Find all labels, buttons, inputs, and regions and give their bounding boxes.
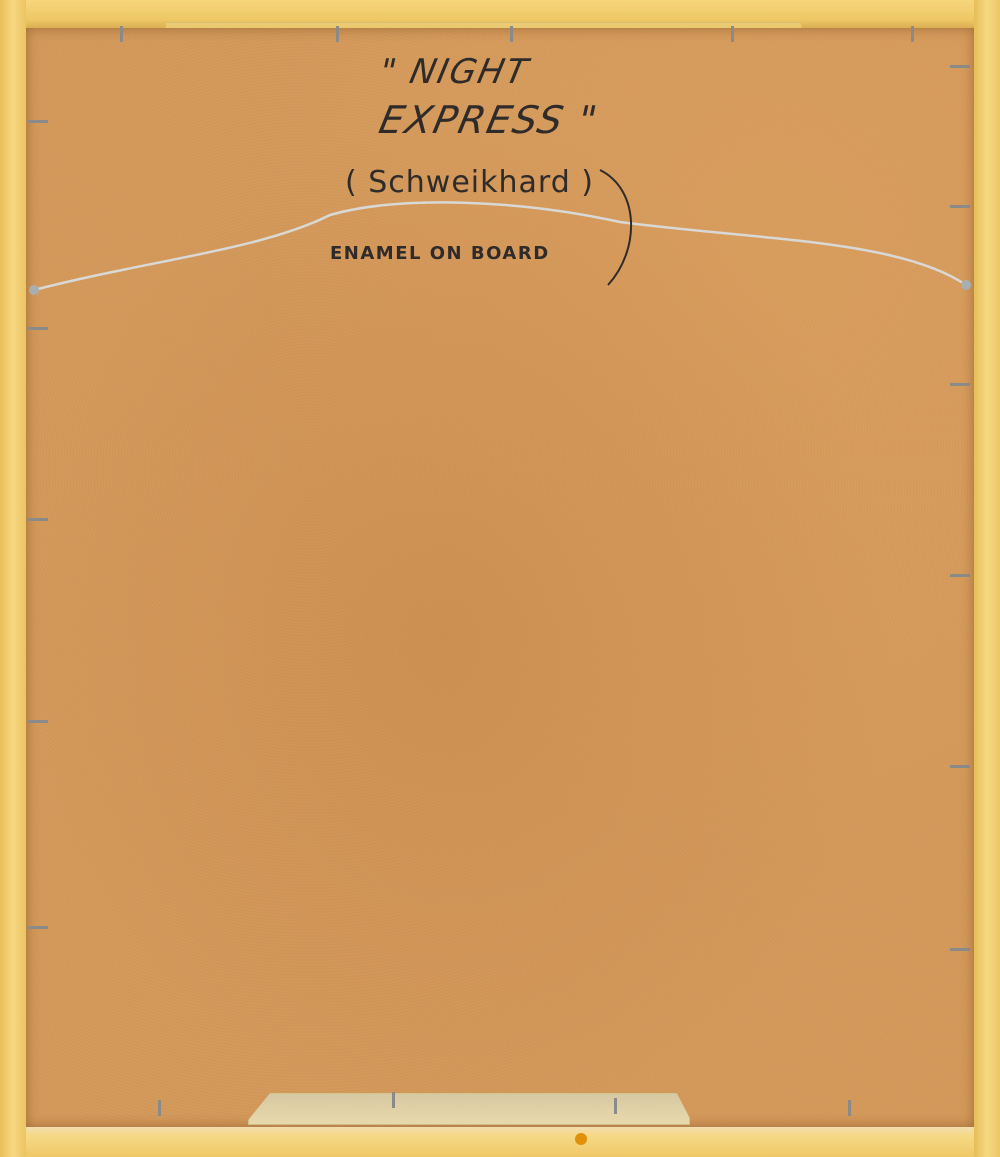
nail: [614, 1098, 617, 1114]
nail: [28, 120, 48, 123]
nail: [28, 720, 48, 723]
inscription-artist: ( Schweikhard ): [345, 165, 594, 200]
nail: [950, 574, 970, 577]
nail: [28, 327, 48, 330]
nail: [392, 1092, 395, 1108]
nail: [950, 948, 970, 951]
nail: [950, 65, 970, 68]
paint-spot: [575, 1133, 587, 1145]
nail: [911, 26, 914, 42]
masking-tape-bottom: [248, 1093, 690, 1125]
inscription-title-line1: " NIGHT: [376, 52, 533, 92]
nail: [336, 26, 339, 42]
nail: [28, 926, 48, 929]
nail: [950, 205, 970, 208]
nail: [950, 383, 970, 386]
nail: [28, 518, 48, 521]
nail: [848, 1100, 851, 1116]
wooden-frame: " NIGHT EXPRESS " ( Schweikhard ) ENAMEL…: [0, 0, 1000, 1157]
frame-left-rail: [0, 0, 26, 1157]
nail: [950, 765, 970, 768]
inscription-medium: ENAMEL ON BOARD: [330, 243, 550, 264]
nail: [120, 26, 123, 42]
nail: [510, 26, 513, 42]
frame-bottom-rail: [0, 1127, 1000, 1157]
nail: [158, 1100, 161, 1116]
inscription-title-line2: EXPRESS ": [375, 98, 602, 142]
nail: [731, 26, 734, 42]
frame-right-rail: [974, 0, 1000, 1157]
